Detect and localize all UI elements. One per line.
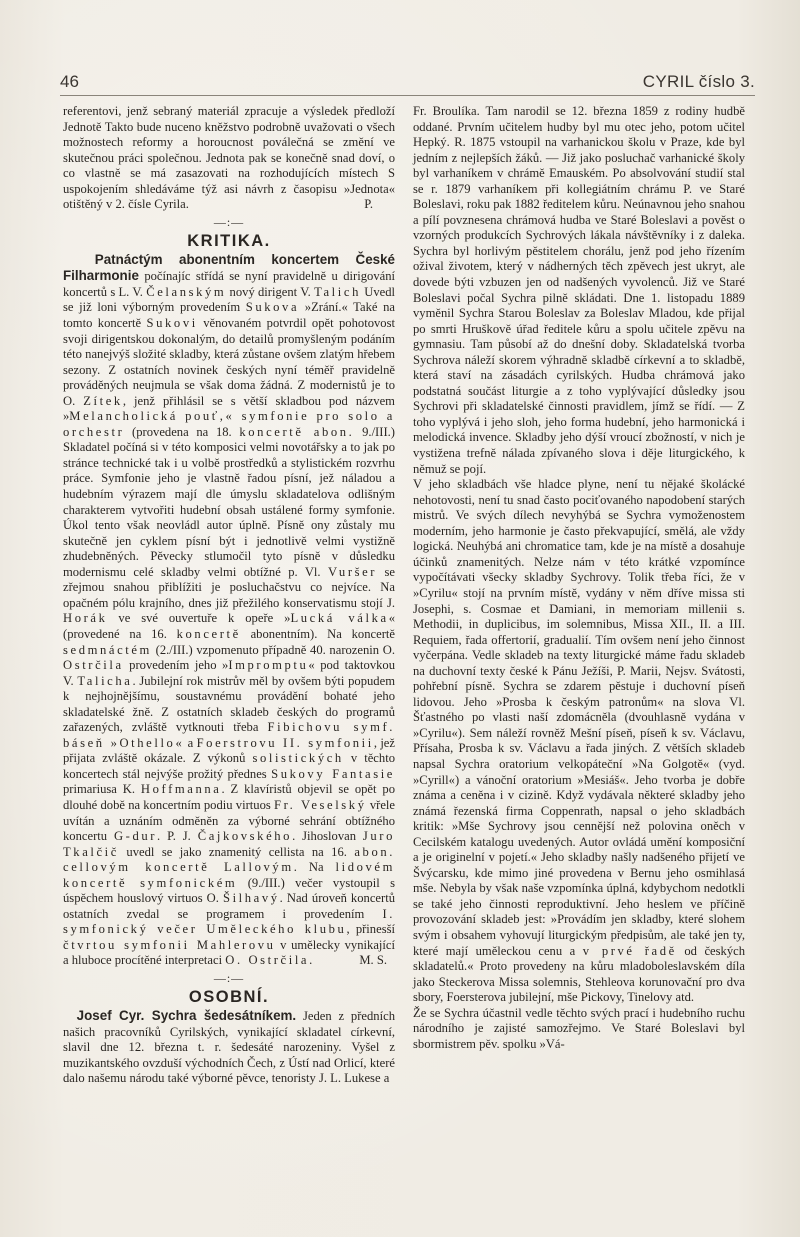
kritika-article: Patnáctým abonentním koncertem České Fil… [63, 252, 395, 969]
right-column: Fr. Broulíka. Tam narodil se 12. března … [413, 104, 745, 1052]
intro-text: referentovi, jenž sebraný materiál zprac… [63, 104, 395, 211]
scanned-page: 46 CYRIL číslo 3. referentovi, jenž sebr… [0, 0, 800, 1237]
page-number: 46 [60, 72, 79, 92]
paragraph: V jeho skladbách vše hladce plyne, není … [413, 477, 745, 1006]
intro-signature: P. [364, 197, 373, 213]
section-heading-kritika: KRITIKA. [63, 231, 395, 251]
paragraph: Fr. Broulíka. Tam narodil se 12. března … [413, 104, 745, 477]
article-lead: Josef Cyr. Sychra šedesátníkem. [77, 1008, 296, 1023]
left-column: referentovi, jenž sebraný materiál zprac… [63, 104, 395, 1087]
separator: —:— [63, 971, 395, 985]
separator: —:— [63, 215, 395, 229]
journal-title: CYRIL číslo 3. [643, 72, 755, 92]
osobni-article: Josef Cyr. Sychra šedesátníkem. Jeden z … [63, 1008, 395, 1087]
intro-paragraph: referentovi, jenž sebraný materiál zprac… [63, 104, 395, 213]
paragraph: Že se Sychra účastnil vedle těchto svých… [413, 1006, 745, 1053]
kritika-signature: M. S. [359, 953, 387, 969]
section-heading-osobni: OSOBNÍ. [63, 987, 395, 1007]
running-header: 46 CYRIL číslo 3. [60, 64, 755, 96]
